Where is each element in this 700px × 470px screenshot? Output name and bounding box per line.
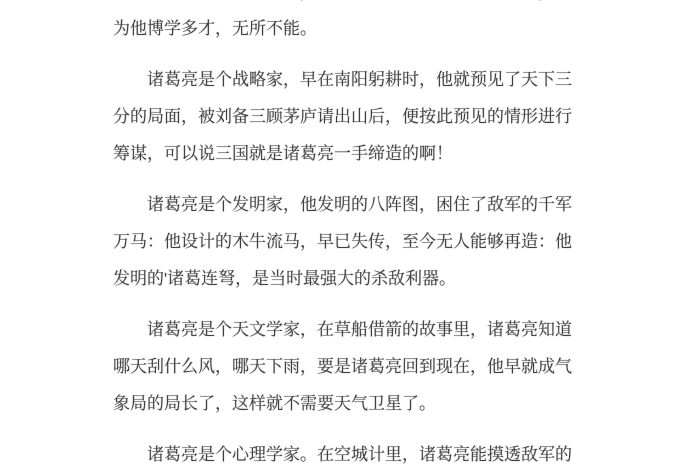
text-line: 筹谋，可以说三国就是诸葛亮一手缔造的啊！ (113, 135, 587, 172)
paragraph-strategist: 诸葛亮是个战略家，早在南阳躬耕时，他就预见了天下三 分的局面，被刘备三顾茅庐请出… (113, 61, 587, 172)
text-line: 万马：他设计的木牛流马，早已失传，至今无人能够再造：他 (113, 223, 587, 260)
text-line: 诸葛亮是个战略家，早在南阳躬耕时，他就预见了天下三 (113, 61, 587, 98)
paragraph-inventor: 诸葛亮是个发明家，他发明的八阵图，困住了敌军的千军 万马：他设计的木牛流马，早已… (113, 186, 587, 297)
document-page: 每个人心中都有偶像，我的偶像就是三国里的诸葛亮，因 为他博学多才，无所不能。 诸… (0, 0, 700, 470)
paragraph-intro: 每个人心中都有偶像，我的偶像就是三国里的诸葛亮，因 为他博学多才，无所不能。 (113, 0, 587, 47)
text-line: 哪天刮什么风，哪天下雨，要是诸葛亮回到现在，他早就成气 (113, 348, 587, 385)
text-line: 每个人心中都有偶像，我的偶像就是三国里的诸葛亮，因 (113, 0, 587, 10)
text-line: 为他博学多才，无所不能。 (113, 10, 587, 47)
text-line: 发明的'诸葛连弩，是当时最强大的杀敌利器。 (113, 260, 587, 297)
paragraph-astronomer: 诸葛亮是个天文学家，在草船借箭的故事里，诸葛亮知道 哪天刮什么风，哪天下雨，要是… (113, 311, 587, 422)
paragraph-psychologist: 诸葛亮是个心理学家。在空城计里，诸葛亮能摸透敌军的 (113, 436, 587, 470)
text-line: 诸葛亮是个心理学家。在空城计里，诸葛亮能摸透敌军的 (113, 436, 587, 470)
text-line: 象局的局长了，这样就不需要天气卫星了。 (113, 385, 587, 422)
text-line: 分的局面，被刘备三顾茅庐请出山后，便按此预见的情形进行 (113, 98, 587, 135)
essay-text-block: 每个人心中都有偶像，我的偶像就是三国里的诸葛亮，因 为他博学多才，无所不能。 诸… (113, 0, 587, 470)
text-line: 诸葛亮是个发明家，他发明的八阵图，困住了敌军的千军 (113, 186, 587, 223)
text-line: 诸葛亮是个天文学家，在草船借箭的故事里，诸葛亮知道 (113, 311, 587, 348)
